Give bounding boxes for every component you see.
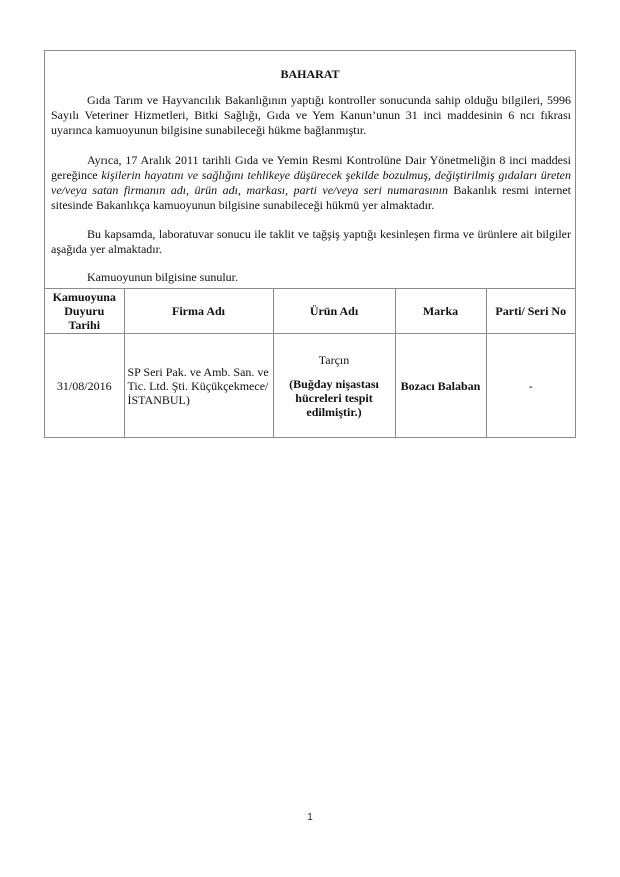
table-row: 31/08/2016 SP Seri Pak. ve Amb. San. ve … (45, 334, 575, 439)
paragraph-regulation: Ayrıca, 17 Aralık 2011 tarihli Gıda ve Y… (51, 153, 571, 213)
header-brand: Marka (395, 289, 486, 334)
cell-brand: Bozacı Balaban (395, 334, 486, 439)
product-name: Tarçın (277, 353, 392, 367)
header-product-name: Ürün Adı (273, 289, 395, 334)
document-frame: BAHARAT Gıda Tarım ve Hayvancılık Bakanl… (44, 50, 576, 438)
product-note: (Buğday nişastası hücreleri tespit edilm… (277, 377, 392, 419)
page-number: 1 (0, 812, 620, 823)
paragraph-legal-basis: Gıda Tarım ve Hayvancılık Bakanlığının y… (51, 93, 571, 138)
paragraph-announcement: Kamuoyunun bilgisine sunulur. (51, 270, 571, 285)
header-batch-serial: Parti/ Seri No (486, 289, 575, 334)
cell-firm: SP Seri Pak. ve Amb. San. ve Tic. Ltd. Ş… (124, 334, 273, 439)
intro-section: BAHARAT Gıda Tarım ve Hayvancılık Bakanl… (45, 51, 575, 288)
results-table: Kamuoyuna Duyuru Tarihi Firma Adı Ürün A… (45, 288, 575, 438)
cell-batch: - (486, 334, 575, 439)
table-header-row: Kamuoyuna Duyuru Tarihi Firma Adı Ürün A… (45, 289, 575, 334)
header-announcement-date: Kamuoyuna Duyuru Tarihi (45, 289, 124, 334)
header-firm-name: Firma Adı (124, 289, 273, 334)
paragraph-scope: Bu kapsamda, laboratuvar sonucu ile takl… (51, 227, 571, 257)
document-title: BAHARAT (45, 67, 575, 82)
cell-date: 31/08/2016 (45, 334, 124, 439)
cell-product: Tarçın (Buğday nişastası hücreleri tespi… (273, 334, 395, 439)
